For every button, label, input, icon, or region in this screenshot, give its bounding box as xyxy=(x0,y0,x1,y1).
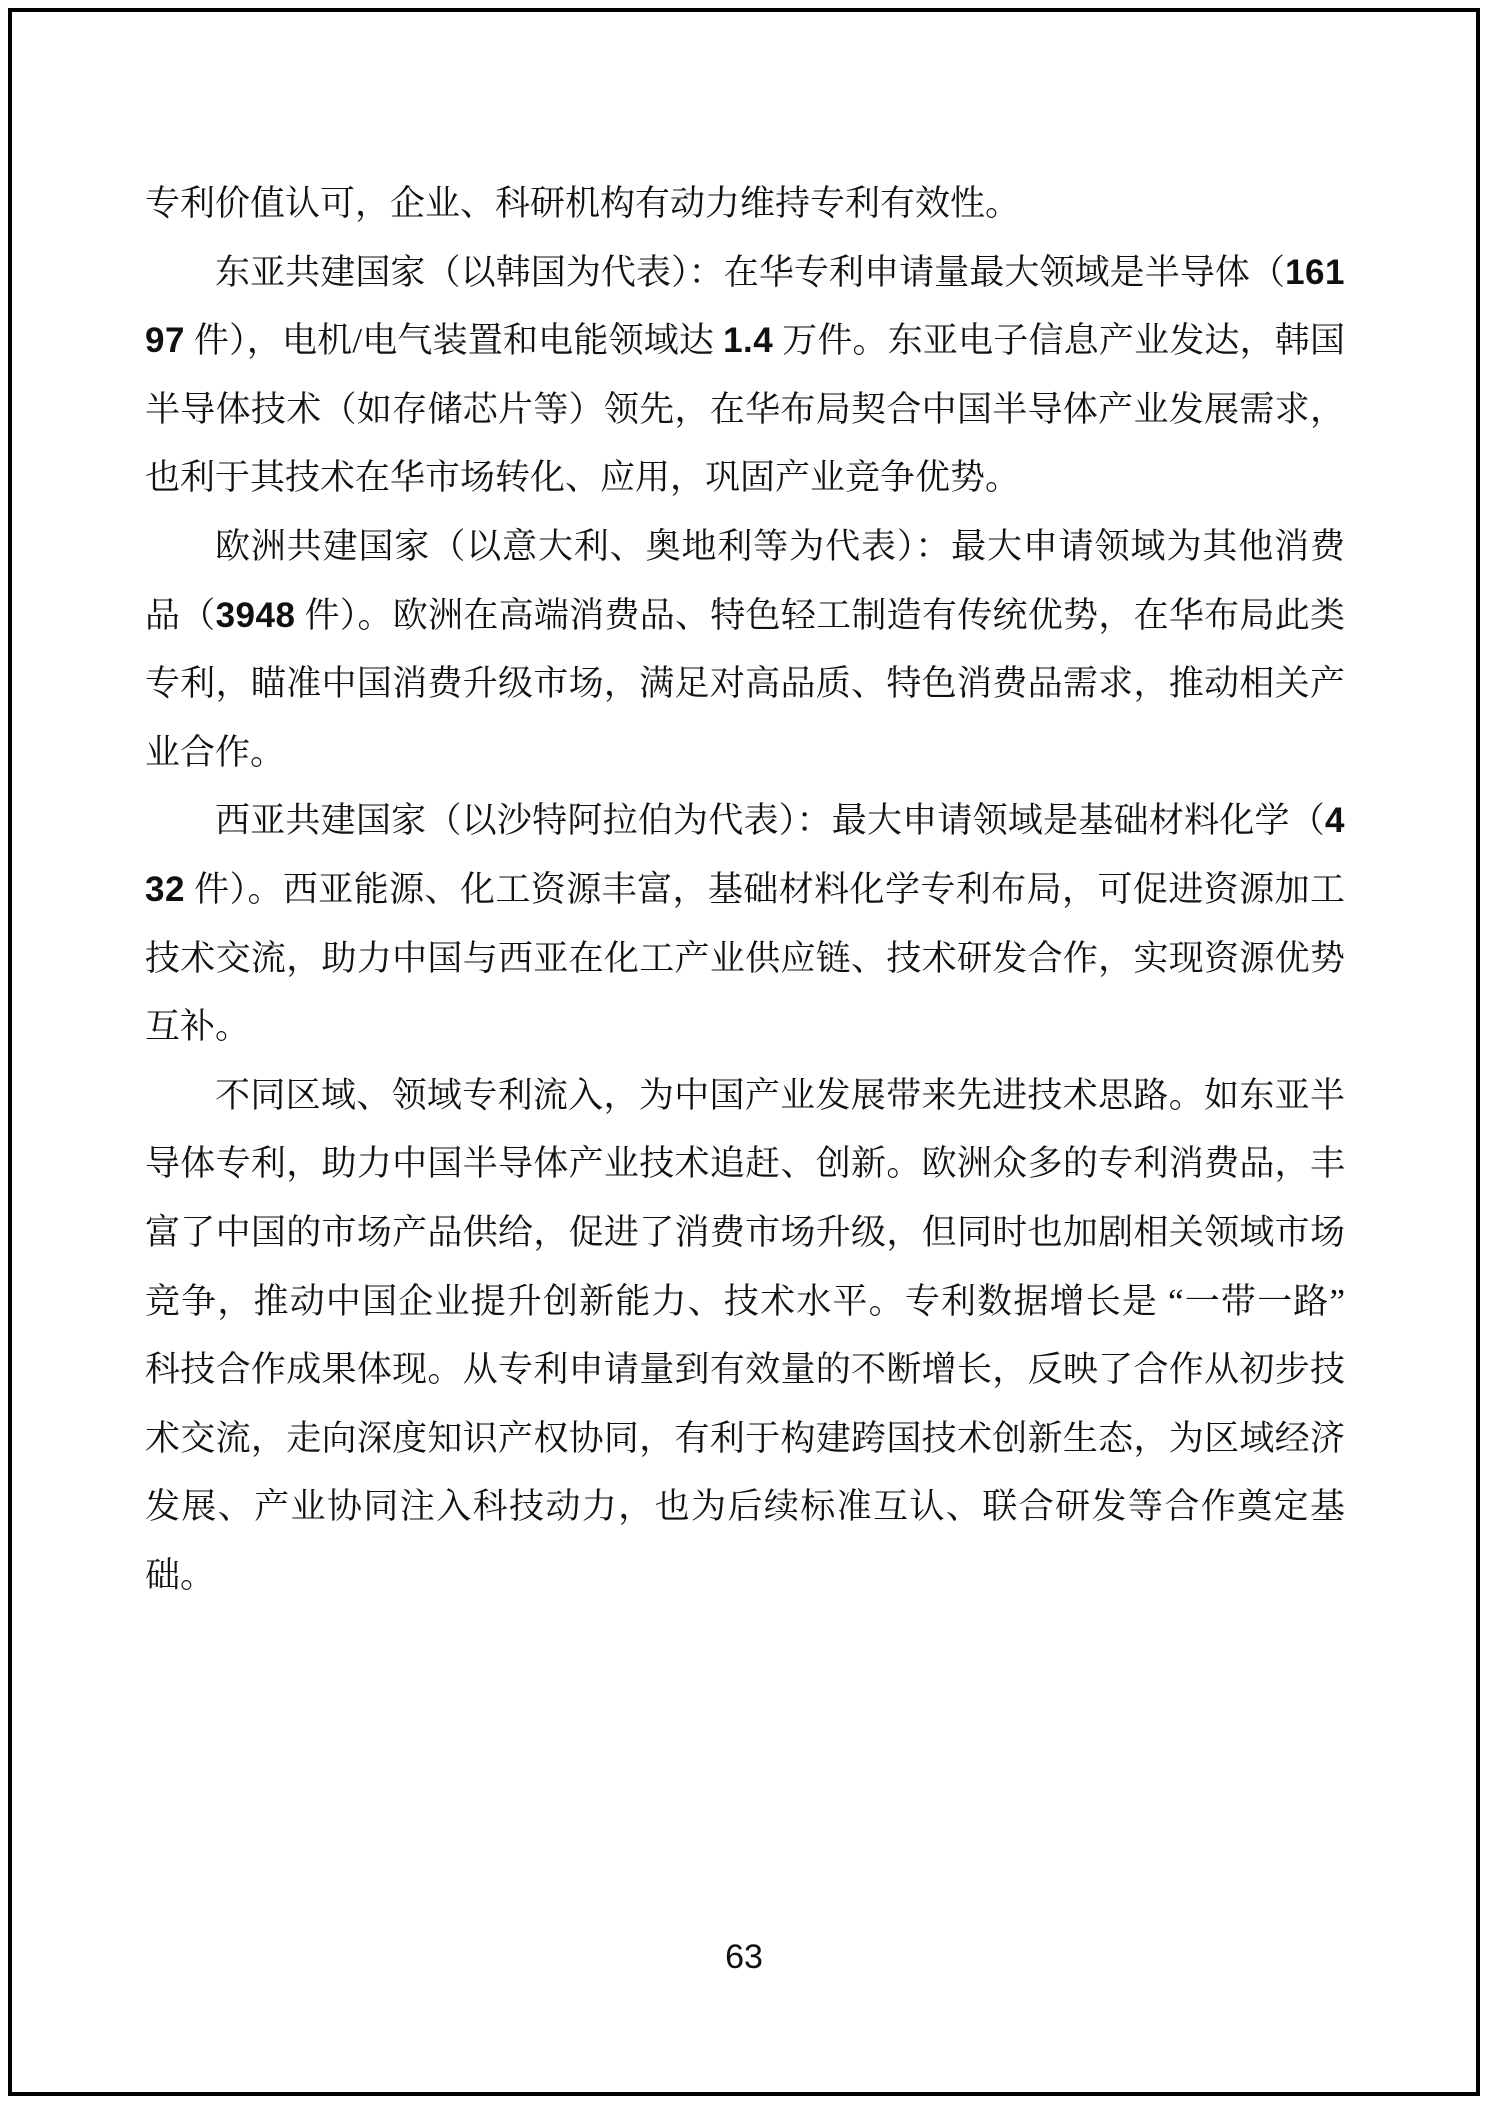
patent-count-consumer-goods: 3948 xyxy=(216,596,296,635)
text-run: 件）。西亚能源、化工资源丰富，基础材料化学专利布局，可促进资源加工技术交流，助力… xyxy=(145,870,1345,1046)
paragraph-east-asia: 东亚共建国家（以韩国为代表）：在华专利申请量最大领域是半导体（16197 件），… xyxy=(145,239,1345,513)
text-run: 西亚共建国家（以沙特阿拉伯为代表）：最大申请领域是基础材料化学（ xyxy=(215,801,1325,840)
page-footer: 63 xyxy=(0,1938,1488,1977)
patent-count-electric: 1.4 xyxy=(723,321,773,360)
page-number: 63 xyxy=(725,1938,763,1976)
text-run: 不同区域、领域专利流入，为中国产业发展带来先进技术思路。如东亚半导体专利，助力中… xyxy=(145,1076,1345,1595)
text-run: 专利价值认可，企业、科研机构有动力维持专利有效性。 xyxy=(145,184,1020,223)
text-run: 东亚共建国家（以韩国为代表）：在华专利申请量最大领域是半导体（ xyxy=(215,253,1285,292)
paragraph-west-asia: 西亚共建国家（以沙特阿拉伯为代表）：最大申请领域是基础材料化学（432 件）。西… xyxy=(145,787,1345,1061)
paragraph-europe: 欧洲共建国家（以意大利、奥地利等为代表）：最大申请领域为其他消费品（3948 件… xyxy=(145,513,1345,787)
paragraph-continuation: 专利价值认可，企业、科研机构有动力维持专利有效性。 xyxy=(145,170,1345,239)
paragraph-summary: 不同区域、领域专利流入，为中国产业发展带来先进技术思路。如东亚半导体专利，助力中… xyxy=(145,1062,1345,1611)
text-run: 件）。欧洲在高端消费品、特色轻工制造有传统优势，在华布局此类专利，瞄准中国消费升… xyxy=(145,596,1345,772)
text-run: 件），电机/电气装置和电能领域达 xyxy=(185,321,723,360)
document-body: 专利价值认可，企业、科研机构有动力维持专利有效性。 东亚共建国家（以韩国为代表）… xyxy=(145,170,1345,1610)
